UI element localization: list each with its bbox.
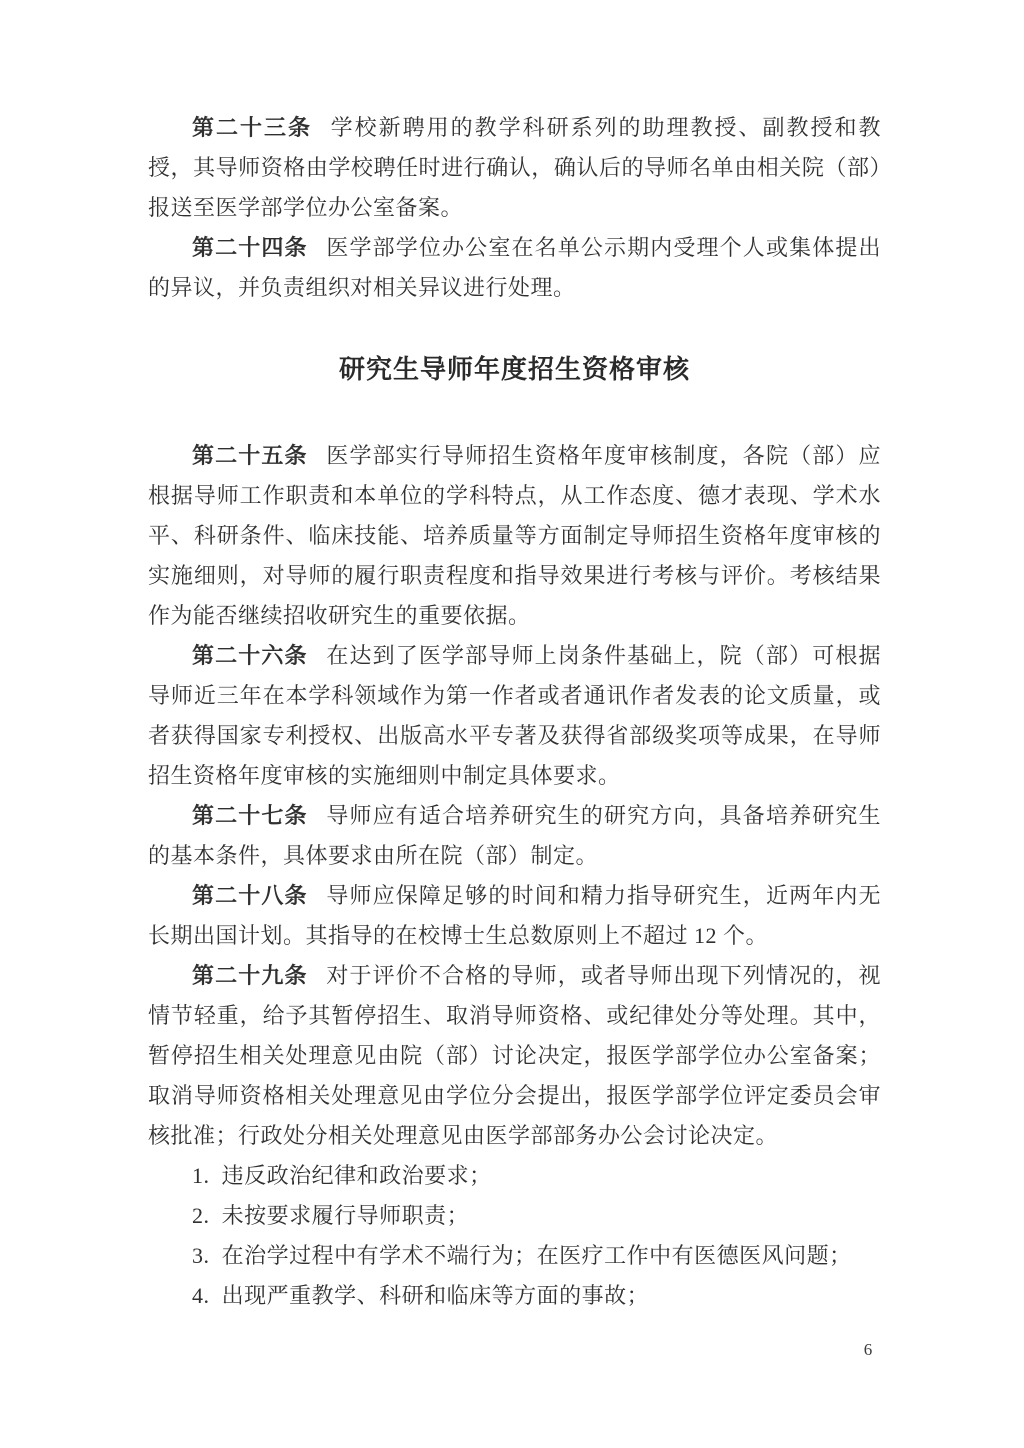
article-24-number: 第二十四条 bbox=[192, 235, 308, 260]
list-item: 1.违反政治纪律和政治要求； bbox=[148, 1156, 881, 1196]
article-25-number: 第二十五条 bbox=[192, 443, 308, 468]
article-26-paragraph: 第二十六条在达到了医学部导师上岗条件基础上，院（部）可根据导师近三年在本学科领域… bbox=[148, 636, 881, 796]
article-23-number: 第二十三条 bbox=[192, 115, 312, 140]
list-item: 3.在治学过程中有学术不端行为；在医疗工作中有医德医风问题； bbox=[148, 1236, 881, 1276]
page-number: 6 bbox=[856, 1340, 880, 1360]
section-heading: 研究生导师年度招生资格审核 bbox=[148, 350, 881, 390]
document-content: 第二十三条学校新聘用的教学科研系列的助理教授、副教授和教授，其导师资格由学校聘任… bbox=[148, 108, 881, 1316]
list-item-text: 违反政治纪律和政治要求； bbox=[222, 1163, 492, 1188]
list-item-number: 1. bbox=[192, 1163, 210, 1188]
violation-list: 1.违反政治纪律和政治要求； 2.未按要求履行导师职责； 3.在治学过程中有学术… bbox=[148, 1156, 881, 1316]
article-28-number: 第二十八条 bbox=[192, 883, 308, 908]
article-28-paragraph: 第二十八条导师应保障足够的时间和精力指导研究生，近两年内无长期出国计划。其指导的… bbox=[148, 876, 881, 956]
article-29-text: 对于评价不合格的导师，或者导师出现下列情况的，视情节轻重，给予其暂停招生、取消导… bbox=[148, 963, 881, 1148]
article-23-paragraph: 第二十三条学校新聘用的教学科研系列的助理教授、副教授和教授，其导师资格由学校聘任… bbox=[148, 108, 881, 228]
list-item-number: 4. bbox=[192, 1283, 210, 1308]
list-item: 2.未按要求履行导师职责； bbox=[148, 1196, 881, 1236]
article-27-paragraph: 第二十七条导师应有适合培养研究生的研究方向，具备培养研究生的基本条件，具体要求由… bbox=[148, 796, 881, 876]
article-29-paragraph: 第二十九条对于评价不合格的导师，或者导师出现下列情况的，视情节轻重，给予其暂停招… bbox=[148, 956, 881, 1156]
list-item-number: 3. bbox=[192, 1243, 210, 1268]
article-27-number: 第二十七条 bbox=[192, 803, 308, 828]
article-25-text: 医学部实行导师招生资格年度审核制度，各院（部）应根据导师工作职责和本单位的学科特… bbox=[148, 443, 881, 628]
article-24-paragraph: 第二十四条医学部学位办公室在名单公示期内受理个人或集体提出的异议，并负责组织对相… bbox=[148, 228, 881, 308]
article-29-number: 第二十九条 bbox=[192, 963, 308, 988]
list-item-text: 出现严重教学、科研和临床等方面的事故； bbox=[222, 1283, 650, 1308]
document-page: 第二十三条学校新聘用的教学科研系列的助理教授、副教授和教授，其导师资格由学校聘任… bbox=[0, 0, 1024, 1448]
article-25-paragraph: 第二十五条医学部实行导师招生资格年度审核制度，各院（部）应根据导师工作职责和本单… bbox=[148, 436, 881, 636]
list-item-text: 未按要求履行导师职责； bbox=[222, 1203, 470, 1228]
list-item: 4.出现严重教学、科研和临床等方面的事故； bbox=[148, 1276, 881, 1316]
list-item-text: 在治学过程中有学术不端行为；在医疗工作中有医德医风问题； bbox=[222, 1243, 852, 1268]
list-item-number: 2. bbox=[192, 1203, 210, 1228]
article-26-number: 第二十六条 bbox=[192, 643, 308, 668]
